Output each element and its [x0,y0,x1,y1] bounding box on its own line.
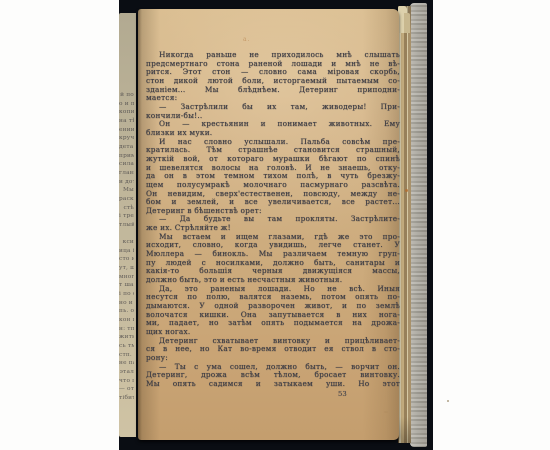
left-page-text-fragment: примт [119,152,134,161]
left-page-text-fragment: копит [119,108,134,117]
left-page-text-fragment: не пас [119,359,134,368]
stain-dot [405,189,408,192]
stain-dot [447,400,449,402]
left-page-text-fragment: многт [119,273,134,282]
left-page-text-fragment: но и б [119,299,134,308]
page-number: 53 [338,390,347,398]
left-page-text-fragment: сь тм [119,342,134,351]
left-page-text-fragment: стѣ [119,204,134,213]
left-page-text-fragment [119,403,134,412]
text-line: зданіем... Мы блѣднѣем. Детеринг приподн… [146,86,400,95]
left-page-text-fragment: на тѣ [119,117,134,126]
left-page-text-fragment: о и п [119,100,134,109]
left-page-text-fragment: пь. от [119,307,134,316]
left-page-text-fragment: ица і [119,247,134,256]
left-page-text-fragment: тібит [119,394,134,403]
left-page-text-fragment: й по [119,91,134,100]
left-page-text-fragment: стп. з [119,351,134,360]
left-page-text-fragment: тлый [119,221,134,230]
left-page-text-fragment: жити [119,333,134,342]
left-page-text-fragment: сто и [119,255,134,264]
left-page-text-fragment: и дот [119,178,134,187]
left-page-text-fragment: раским [119,195,134,204]
left-page-text-fragment: Мы [119,186,134,195]
left-page-text-fragment: кон и [119,316,134,325]
left-page-text-fragment: кси [119,238,134,247]
left-page-text-fragment: главно [119,169,134,178]
fanned-page-corner [404,13,410,33]
left-page-text-fragment: сила во [119,160,134,169]
left-page-text-fragment: т шап [119,281,134,290]
left-page-text-fragment [119,411,134,420]
left-page-text-fragment: ении в [119,126,134,135]
left-page-text-fragments: й поо и пкопитна тѣении вкручтдета иприм… [119,91,134,420]
left-page-text-fragment: і трем [119,212,134,221]
text-line: Мы опять садимся и затыкаем уши. Но этот [146,380,400,389]
left-page-text-fragment: і по с [119,290,134,299]
left-page-text-fragment: н: тп [119,325,134,334]
text-line: ся в нее, но Кат во-время отводит ея ств… [146,345,400,354]
left-page-text-fragment: дета и [119,143,134,152]
book-photo: й поо и пкопитна тѣении вкручтдета иприм… [0,0,550,450]
left-page-text-fragment [119,230,134,239]
main-page: а. Никогда раньше не приходилось мнѣ слы… [138,9,399,440]
text-block: Никогда раньше не приходилось мнѣ слышат… [146,51,400,389]
left-page-sliver: й поо и пкопитна тѣении вкручтдета иприм… [119,13,136,437]
header-mark: а. [243,36,250,43]
left-page-text-fragment: что п [119,377,134,386]
book-cover-edge [410,3,427,447]
left-page-text-fragment: кручт [119,134,134,143]
left-page-text-fragment: — от [119,385,134,394]
stain-dot [384,411,388,413]
left-page-text-fragment: ут, шт [119,264,134,273]
left-page-text-fragment: этал [119,368,134,377]
